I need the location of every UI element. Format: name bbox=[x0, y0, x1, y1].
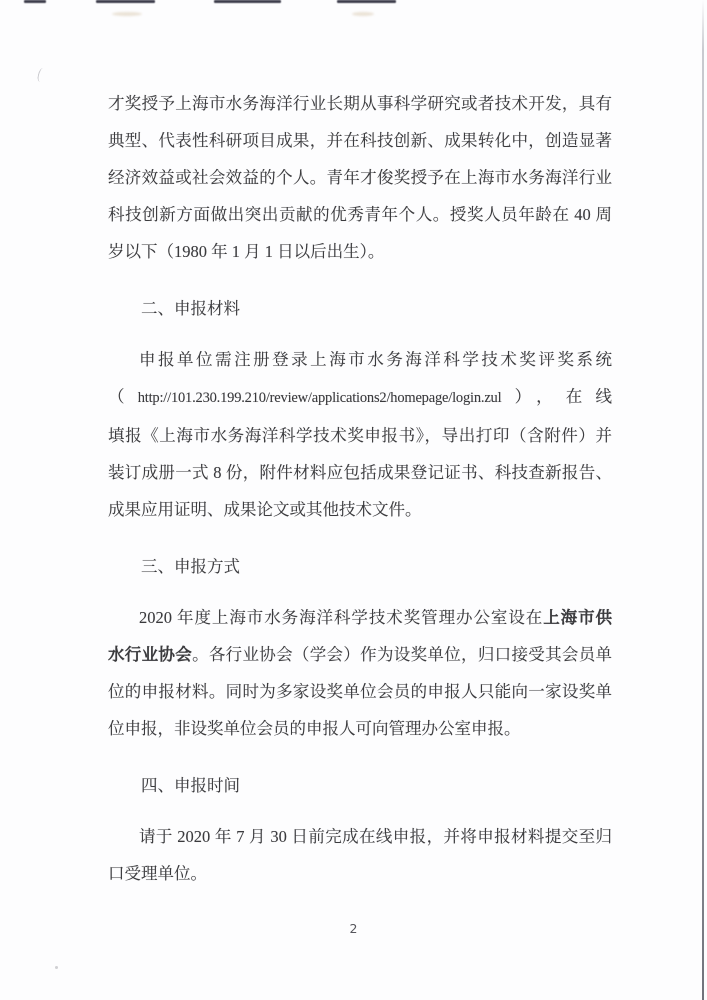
scan-artifact-dot bbox=[55, 966, 58, 969]
paragraph-line: 装订成册一式 8 份，附件材料应包括成果登记证书、科技查新报告、 bbox=[108, 454, 612, 491]
scan-artifact-top-dash bbox=[96, 0, 155, 3]
scan-artifact-top-dash bbox=[337, 0, 396, 3]
scanned-document-page: 才奖授予上海市水务海洋行业长期从事科学研究或者技术开发，具有 典型、代表性科研项… bbox=[0, 0, 707, 1000]
paragraph-line: 才奖授予上海市水务海洋行业长期从事科学研究或者技术开发，具有 bbox=[108, 85, 612, 122]
scan-artifact-smudge bbox=[352, 12, 374, 16]
paragraph-line: 请于 2020 年 7 月 30 日前完成在线申报，并将申报材料提交至归 bbox=[108, 818, 612, 855]
paragraph-line: 水行业协会。各行业协会（学会）作为设奖单位，归口接受其会员单 bbox=[108, 636, 612, 673]
paragraph-line: 经济效益或社会效益的个人。青年才俊奖授予在上海市水务海洋行业 bbox=[108, 159, 612, 196]
section-heading-method: 三、申报方式 bbox=[108, 548, 612, 585]
bold-text-segment: 上海市供 bbox=[543, 608, 612, 627]
text-segment: 2020 年度上海市水务海洋科学技术奖管理办公室设在 bbox=[139, 608, 543, 627]
scan-artifact-top-dash bbox=[24, 0, 46, 3]
system-url: http://101.230.199.210/review/applicatio… bbox=[138, 390, 502, 406]
paragraph-line: 位申报，非设奖单位会员的申报人可向管理办公室申报。 bbox=[108, 710, 612, 747]
scan-artifact-mark bbox=[37, 67, 47, 82]
page-number: 2 bbox=[0, 921, 707, 936]
scan-artifact-smudge bbox=[112, 12, 142, 16]
paragraph-line: 成果应用证明、成果论文或其他技术文件。 bbox=[108, 491, 612, 528]
section-heading-materials: 二、申报材料 bbox=[108, 290, 612, 327]
section-heading-time: 四、申报时间 bbox=[108, 767, 612, 804]
document-body: 才奖授予上海市水务海洋行业长期从事科学研究或者技术开发，具有 典型、代表性科研项… bbox=[108, 85, 612, 892]
text-segment: ），在线 bbox=[501, 387, 612, 406]
paragraph-line: 2020 年度上海市水务海洋科学技术奖管理办公室设在上海市供 bbox=[108, 599, 612, 636]
paragraph-line: 填报《上海市水务海洋科学技术奖申报书》，导出打印（含附件）并 bbox=[108, 417, 612, 454]
paragraph-line: 岁以下（1980 年 1 月 1 日以后出生）。 bbox=[108, 233, 612, 270]
scan-artifact-top-dash bbox=[214, 0, 281, 3]
paragraph-line: 申报单位需注册登录上海市水务海洋科学技术奖评奖系统 bbox=[108, 341, 612, 378]
text-segment: 。各行业协会（学会）作为设奖单位，归口接受其会员单 bbox=[192, 645, 612, 664]
scan-artifact-right-edge bbox=[702, 0, 704, 1000]
paragraph-line: 口受理单位。 bbox=[108, 855, 612, 892]
text-segment: （ bbox=[108, 387, 138, 406]
url-line: （http://101.230.199.210/review/applicati… bbox=[108, 378, 612, 417]
paragraph-line: 典型、代表性科研项目成果，并在科技创新、成果转化中，创造显著 bbox=[108, 122, 612, 159]
paragraph-line: 位的申报材料。同时为多家设奖单位会员的申报人只能向一家设奖单 bbox=[108, 673, 612, 710]
bold-text-segment: 水行业协会 bbox=[108, 645, 192, 664]
paragraph-line: 科技创新方面做出突出贡献的优秀青年个人。授奖人员年龄在 40 周 bbox=[108, 196, 612, 233]
